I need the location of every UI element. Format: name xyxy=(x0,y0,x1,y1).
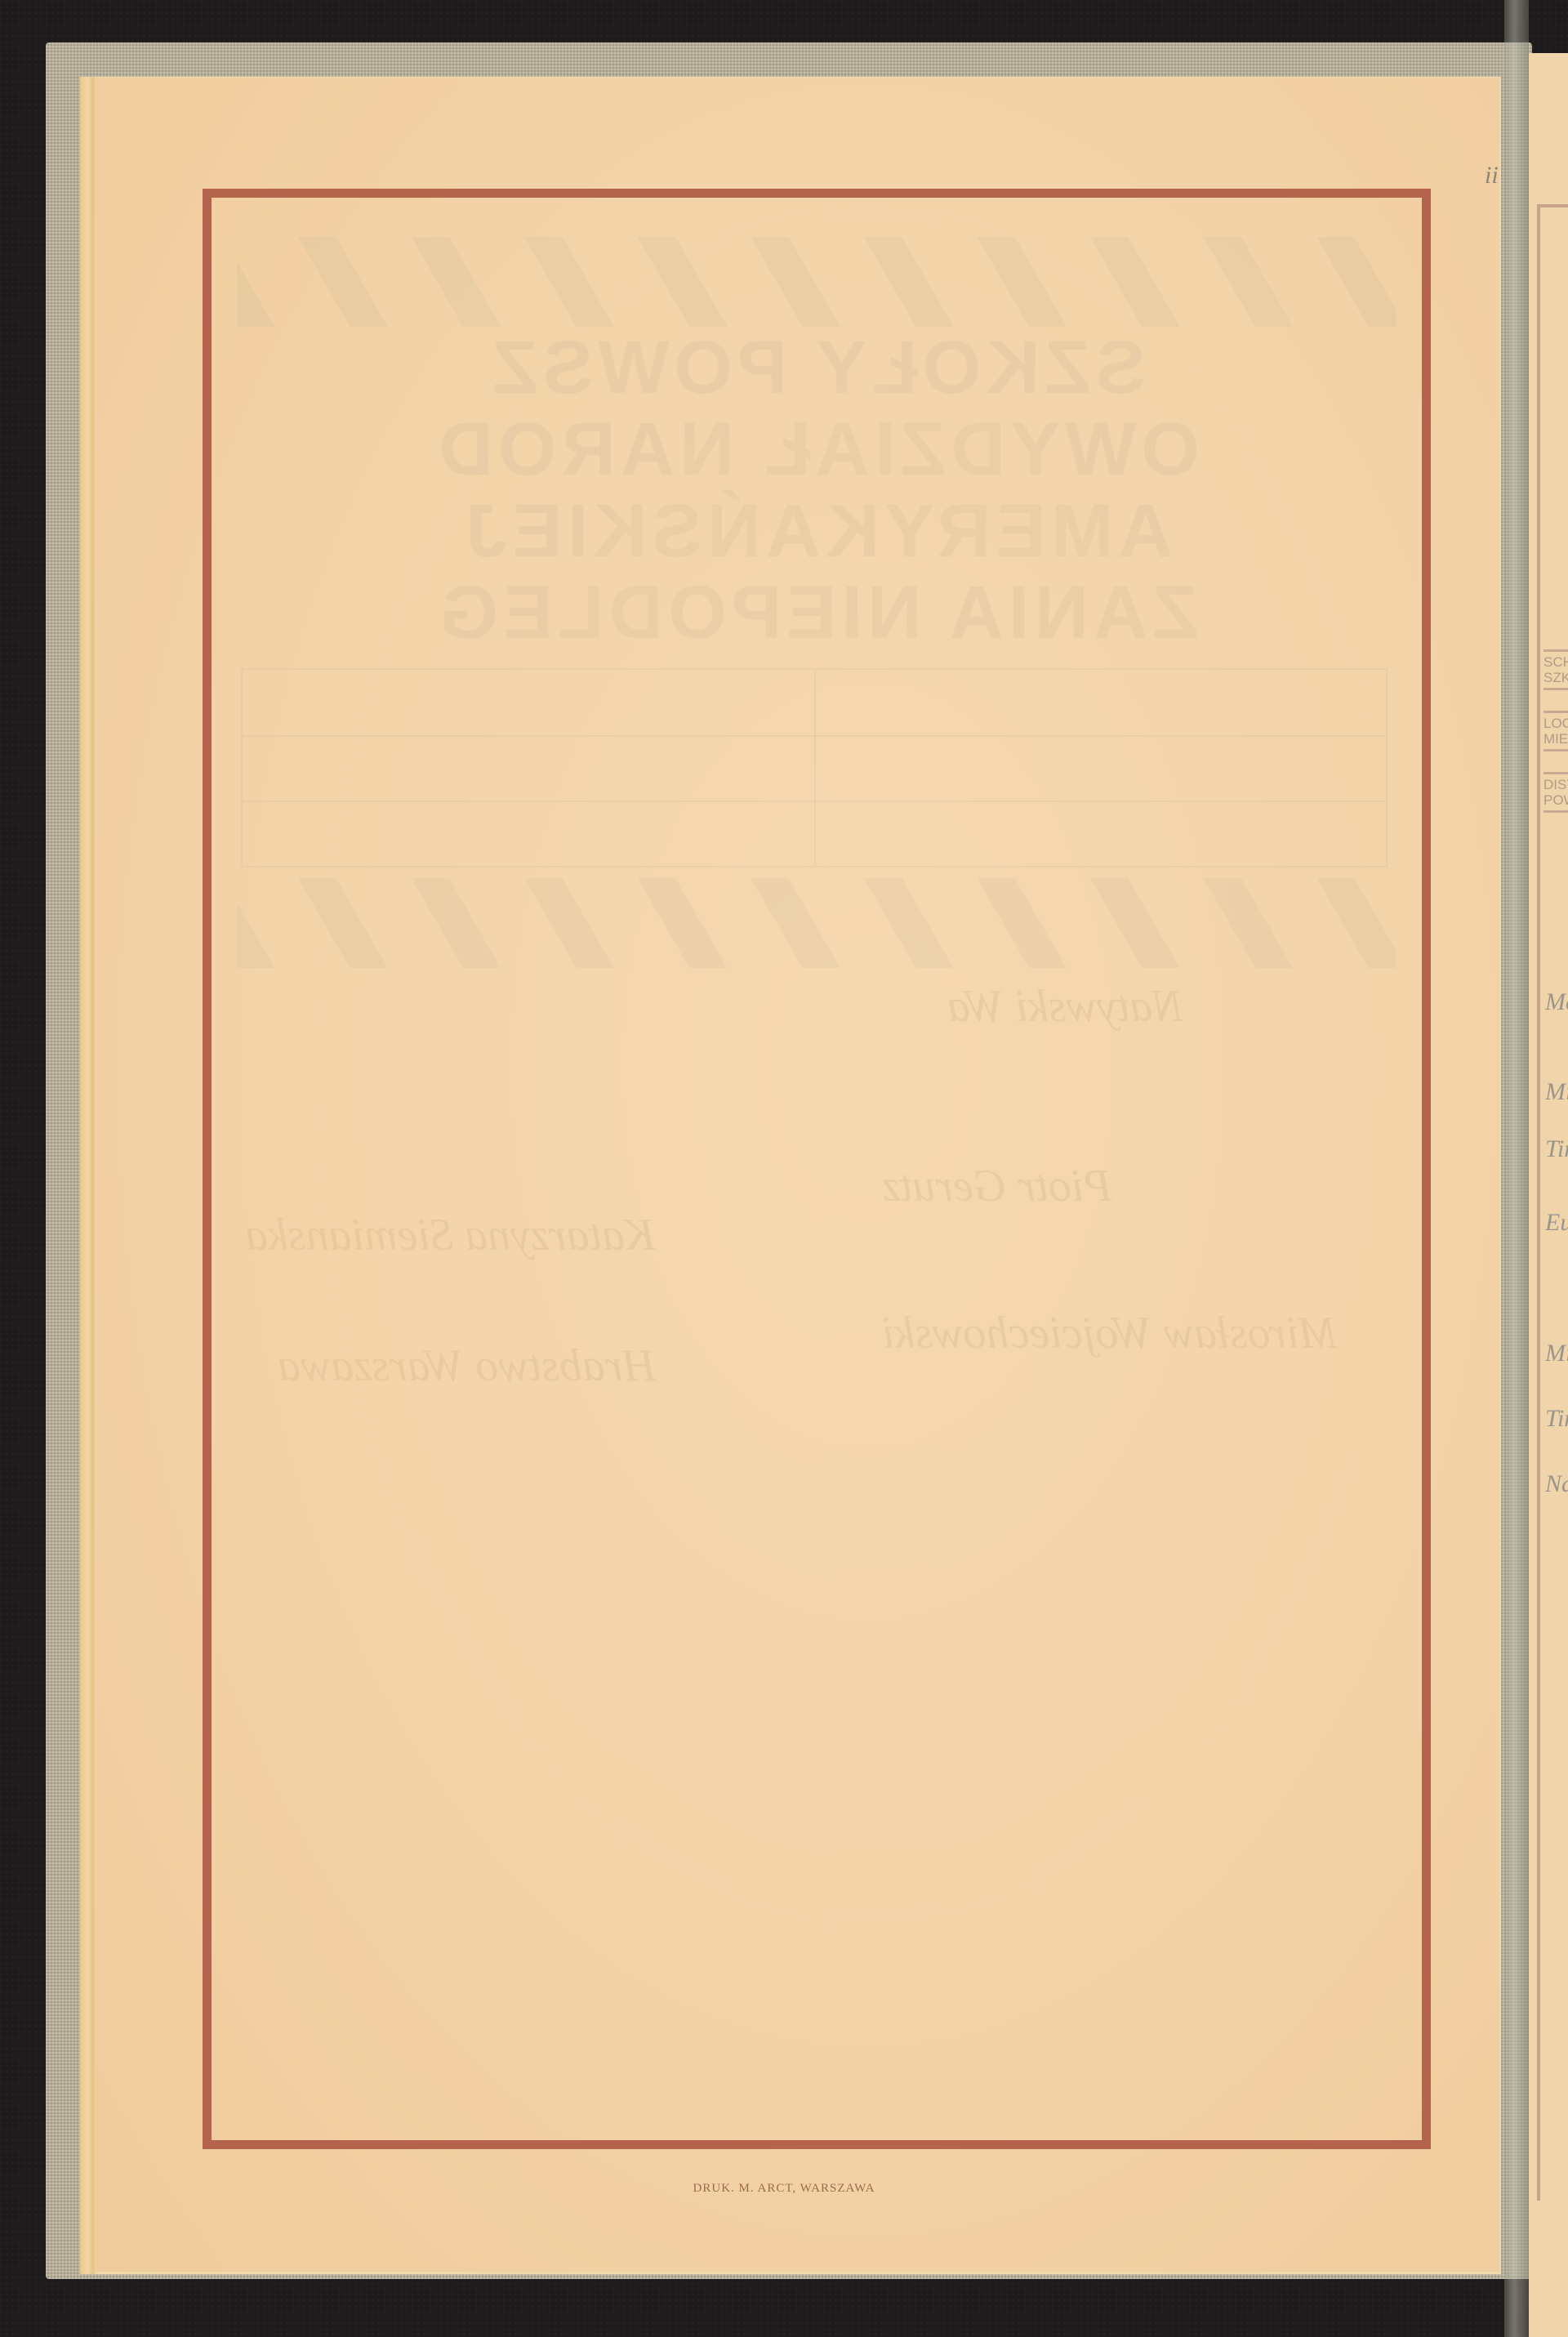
adjacent-label: DISTI POW xyxy=(1543,772,1568,813)
adjacent-handwriting: Eug xyxy=(1545,1209,1568,1237)
adjacent-page-frame xyxy=(1537,204,1568,2201)
adjacent-label-line: POW xyxy=(1543,792,1568,808)
adjacent-handwriting: Tina xyxy=(1545,1405,1568,1433)
pencil-page-mark: ii xyxy=(1485,162,1499,190)
adjacent-label: LOCA MIEI xyxy=(1543,711,1568,751)
adjacent-handwriting: Tin xyxy=(1545,1135,1568,1163)
adjacent-label-line: LOCA xyxy=(1543,716,1568,731)
adjacent-handwriting: Mic xyxy=(1545,1078,1568,1106)
adjacent-label-line: MIEI xyxy=(1543,731,1568,747)
adjacent-label-line: SZKO xyxy=(1543,670,1568,685)
book-gutter xyxy=(1504,0,1529,2337)
printer-imprint: DRUK. M. ARCT, WARSZAWA xyxy=(0,2182,1568,2196)
adjacent-label-line: DISTI xyxy=(1543,777,1568,792)
decorative-red-frame xyxy=(203,189,1431,2149)
adjacent-handwriting: Mich xyxy=(1545,1340,1568,1367)
adjacent-handwriting: Nad xyxy=(1545,1470,1568,1498)
adjacent-handwriting: Mali xyxy=(1545,988,1568,1016)
adjacent-label: SCHO SZKO xyxy=(1543,649,1568,690)
adjacent-label-line: SCHO xyxy=(1543,654,1568,670)
